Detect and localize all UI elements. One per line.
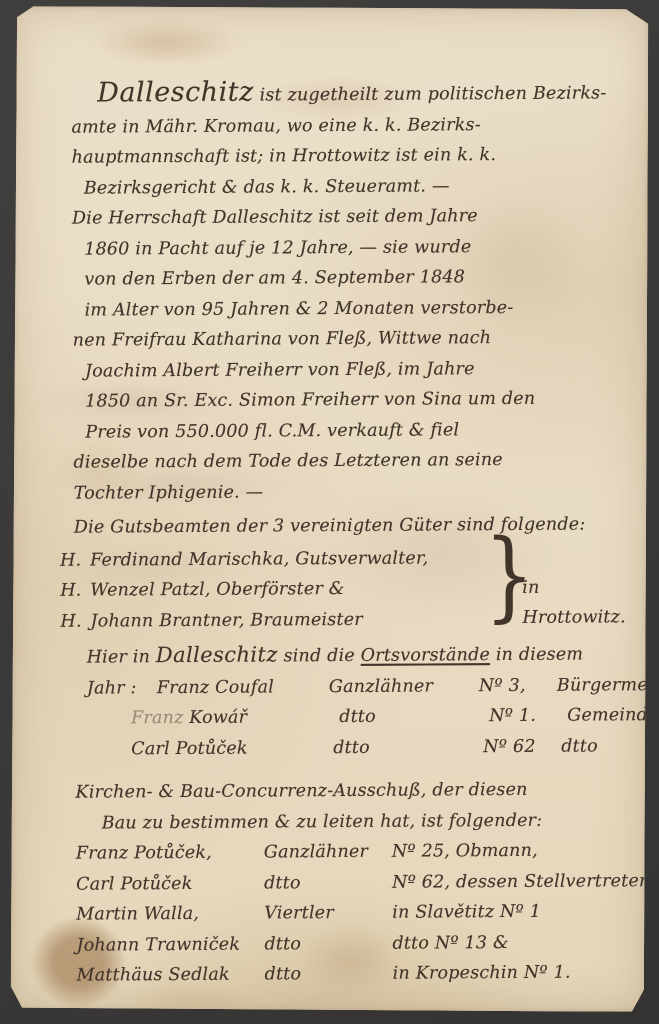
occupation: Ganzlähner — [329, 671, 479, 702]
committee-row: Johann Trawničekdttodtto Nº 13 & — [62, 927, 622, 961]
person-name: Carl Potůček — [131, 733, 333, 765]
opening-word: Dalleschitz — [97, 77, 254, 109]
council-row: Franz KowářdttoNº 1.Gemeinderath — [61, 700, 621, 734]
official-title: Gutsverwalter, — [295, 548, 428, 569]
person-name: Matthäus Sedlak — [77, 959, 265, 991]
brace-label: in Hrottowitz. — [522, 572, 626, 634]
occupation: dtto — [264, 928, 392, 959]
person-name: Martin Walla, — [76, 898, 264, 930]
house-number: Nº 3, — [479, 670, 557, 701]
line-text: ist zugetheilt zum politischen Bezirks- — [254, 83, 607, 105]
house-and-role: Nº 25, Obmann, — [392, 841, 538, 862]
underlined-term: Ortsvorstände — [361, 645, 491, 666]
officials-list: H.Ferdinand Marischka, Gutsverwalter, H.… — [60, 542, 621, 637]
committee-row: Matthäus Sedlakdttoin Kropeschin Nº 1. — [63, 957, 623, 991]
manuscript-line: hauptmannschaft ist; in Hrottowitz ist e… — [58, 139, 618, 173]
person-name: Franz Potůček, — [76, 837, 264, 869]
intro-pre: Hier in — [87, 647, 156, 667]
occupation: dtto — [339, 701, 489, 732]
paper-stain — [91, 18, 241, 66]
committee-intro-line: Bau zu bestimmen & zu leiten hat, ist fo… — [62, 805, 622, 839]
manuscript-line: Tochter Iphigenie. — — [60, 475, 620, 509]
council-row: Jahr :Franz CoufalGanzlähnerNº 3,Bürgerm… — [61, 670, 621, 704]
council-row: Carl PotůčekdttoNº 62dtto — [61, 731, 621, 765]
official-name: Wenzel Patzl, — [90, 580, 210, 601]
person-name: Franz Coufal — [157, 672, 329, 704]
committee-row: Carl PotůčekdttoNº 62, dessen Stellvertr… — [62, 866, 622, 900]
office: Bürgermeister — [557, 674, 659, 695]
manuscript-line: 1850 an Sr. Exc. Simon Freiherr von Sina… — [59, 383, 619, 417]
official-title: Braumeister — [250, 609, 363, 630]
official-name: Johann Brantner, — [90, 610, 244, 631]
manuscript-line: Die Herrschaft Dalleschitz ist seit dem … — [58, 200, 618, 234]
person-name: Carl Potůček — [76, 868, 264, 900]
house-and-role: in Slavětitz Nº 1 — [392, 902, 541, 923]
official-prefix: H. — [60, 606, 90, 637]
manuscript-line: Joachim Albert Freiherr von Fleß, im Jah… — [59, 353, 619, 387]
faint-name-note: Franz — [131, 708, 184, 728]
person-name: Johann Trawniček — [76, 929, 264, 961]
place-name: Dalleschitz — [156, 642, 278, 667]
manuscript-line: im Alter von 95 Jahren & 2 Monaten verst… — [58, 292, 618, 326]
person-name: Kowář — [189, 702, 339, 733]
official-name: Ferdinand Marischka, — [90, 549, 290, 570]
house-number: Nº 1. — [489, 701, 567, 732]
house-and-role: in Kropeschin Nº 1. — [393, 963, 571, 984]
committee-row: Martin Walla,Viertlerin Slavětitz Nº 1 — [62, 896, 622, 930]
scanner-bed: Dalleschitz ist zugetheilt zum politisch… — [0, 0, 659, 1024]
house-and-role: Nº 62, dessen Stellvertreter — [392, 871, 648, 893]
manuscript-line: Bezirksgericht & das k. k. Steueramt. — — [58, 170, 618, 204]
committee-intro-line: Kirchen- & Bau-Concurrenz-Ausschuß, der … — [61, 774, 621, 808]
manuscript-line: 1860 in Pacht auf je 12 Jahre, — sie wur… — [58, 231, 618, 265]
intro-post: in diesem — [490, 645, 583, 666]
occupation: dtto — [333, 732, 483, 763]
manuscript-line: Preis von 550.000 fl. C.M. verkauft & fi… — [59, 414, 619, 448]
office: dtto — [561, 736, 598, 756]
occupation: Viertler — [264, 898, 392, 929]
row-lead: Jahr : — [87, 673, 157, 704]
occupation: dtto — [265, 959, 393, 990]
official-prefix: H. — [60, 545, 90, 576]
council-intro: Hier in Dalleschitz sind die Ortsvorstän… — [61, 637, 621, 673]
manuscript-line: amte in Mähr. Kromau, wo eine k. k. Bezi… — [57, 109, 617, 143]
manuscript-line: nen Freifrau Katharina von Fleß, Wittwe … — [59, 322, 619, 356]
officials-intro: Die Gutsbeamten der 3 vereinigten Güter … — [60, 509, 620, 543]
intro-mid: sind die — [278, 646, 361, 667]
official-prefix: H. — [60, 576, 90, 607]
official-title: Oberförster & — [216, 579, 344, 600]
house-number: Nº 62 — [483, 731, 561, 762]
occupation: Ganzlähner — [264, 837, 392, 868]
manuscript-line: Dalleschitz ist zugetheilt zum politisch… — [57, 75, 617, 112]
manuscript-line: von den Erben der am 4. September 1848 — [58, 261, 618, 295]
manuscript-text: Dalleschitz ist zugetheilt zum politisch… — [57, 75, 623, 991]
manuscript-line: dieselbe nach dem Tode des Letzteren an … — [59, 444, 619, 478]
committee-row: Franz Potůček,GanzlähnerNº 25, Obmann, — [62, 835, 622, 869]
house-and-role: dtto Nº 13 & — [392, 933, 508, 954]
occupation: dtto — [264, 867, 392, 898]
office: Gemeinderath — [567, 705, 659, 726]
official-row: H.Ferdinand Marischka, Gutsverwalter, — [60, 542, 620, 576]
manuscript-page: Dalleschitz ist zugetheilt zum politisch… — [11, 6, 649, 1012]
